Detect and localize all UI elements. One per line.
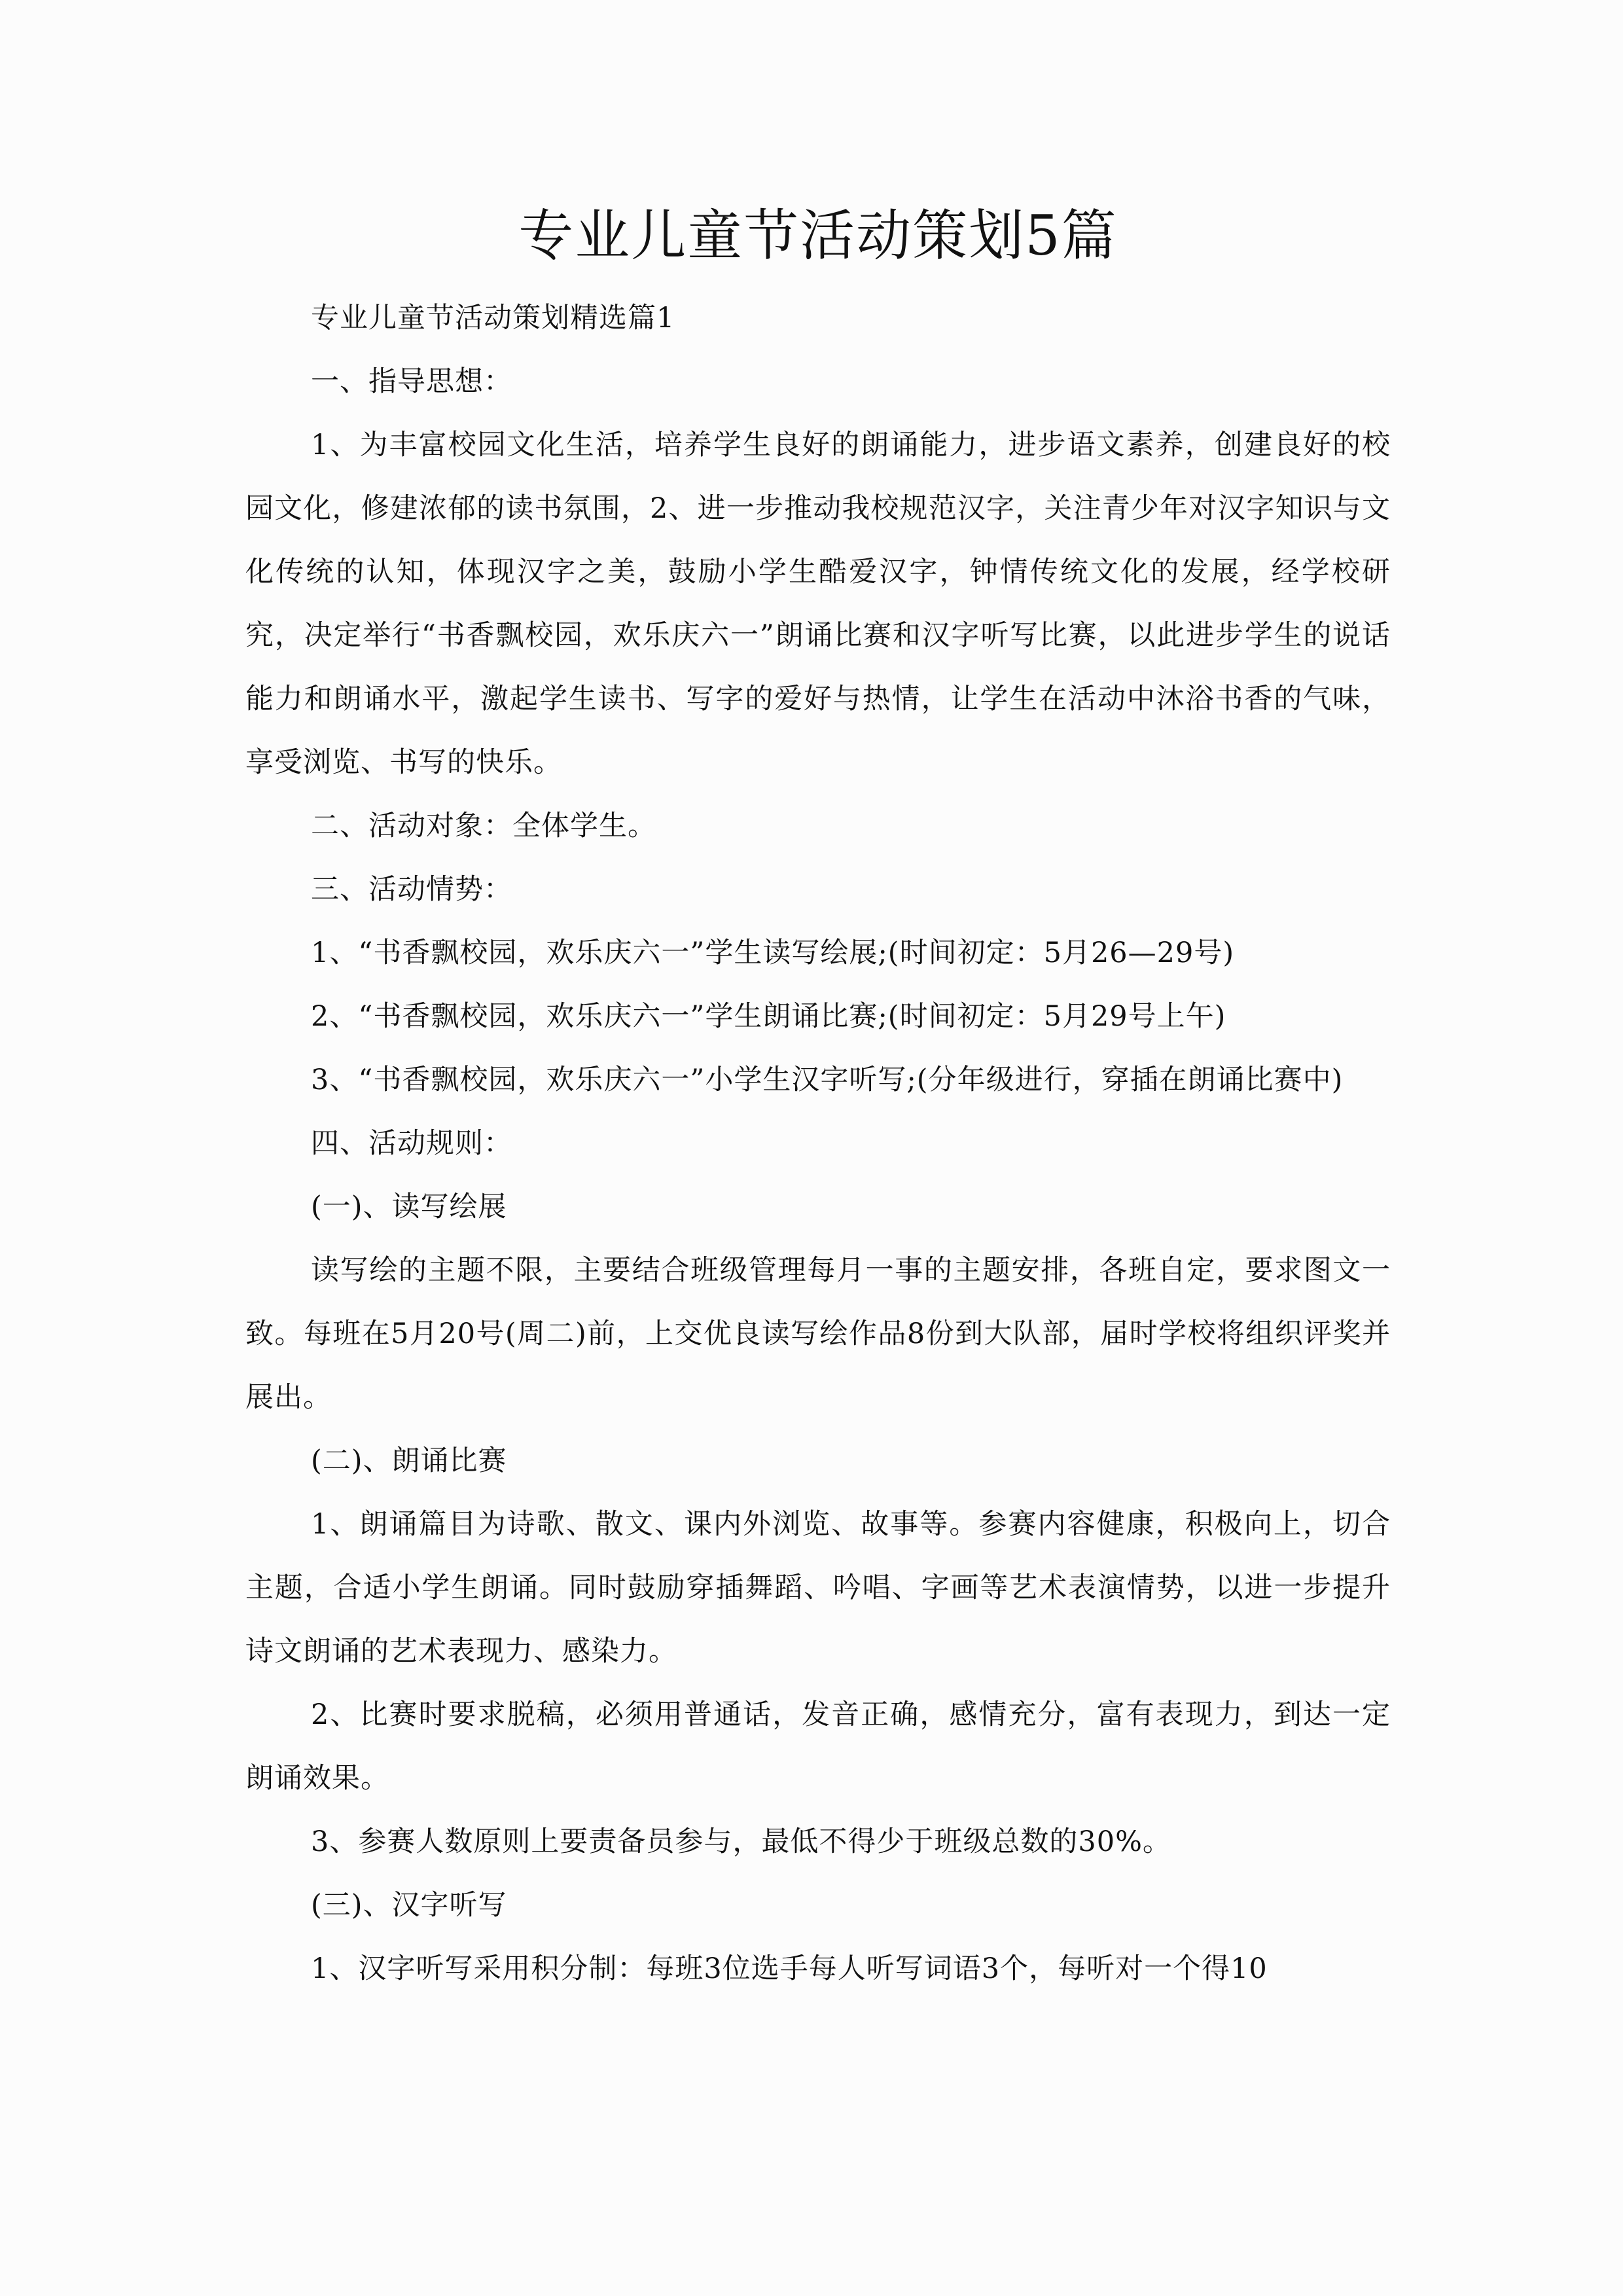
- recitation-rule-1: 1、朗诵篇目为诗歌、散文、课内外浏览、故事等。参赛内容健康，积极向上，切合主题，…: [245, 1493, 1391, 1683]
- subheading-dictation: (三)、汉字听写: [245, 1874, 1391, 1937]
- format-item-3: 3、“书香飘校园，欢乐庆六一”小学生汉字听写;(分年级进行，穿插在朗诵比赛中): [245, 1049, 1391, 1112]
- document-body: 专业儿童节活动策划精选篇1 一、指导思想： 1、为丰富校园文化生活，培养学生良好…: [245, 287, 1391, 2001]
- recitation-rule-3: 3、参赛人数原则上要责备员参与，最低不得少于班级总数的30%。: [245, 1810, 1391, 1874]
- heading-activity-rules: 四、活动规则：: [245, 1112, 1391, 1175]
- recitation-rule-2: 2、比赛时要求脱稿，必须用普通话，发音正确，感情充分，富有表现力，到达一定朗诵效…: [245, 1683, 1391, 1810]
- paragraph-reading-drawing: 读写绘的主题不限，主要结合班级管理每月一事的主题安排，各班自定，要求图文一致。每…: [245, 1239, 1391, 1429]
- section-subtitle: 专业儿童节活动策划精选篇1: [245, 287, 1391, 350]
- subheading-recitation: (二)、朗诵比赛: [245, 1429, 1391, 1493]
- format-item-2: 2、“书香飘校园，欢乐庆六一”学生朗诵比赛;(时间初定：5月29号上午): [245, 985, 1391, 1049]
- heading-guiding-idea: 一、指导思想：: [245, 350, 1391, 414]
- format-item-1: 1、“书香飘校园，欢乐庆六一”学生读写绘展;(时间初定：5月26—29号): [245, 922, 1391, 985]
- paragraph-guiding-idea: 1、为丰富校园文化生活，培养学生良好的朗诵能力，进步语文素养，创建良好的校园文化…: [245, 414, 1391, 795]
- dictation-rule-1: 1、汉字听写采用积分制：每班3位选手每人听写词语3个，每听对一个得10: [245, 1937, 1391, 2001]
- heading-activity-target: 二、活动对象：全体学生。: [245, 795, 1391, 858]
- subheading-reading-drawing: (一)、读写绘展: [245, 1175, 1391, 1239]
- heading-activity-format: 三、活动情势：: [245, 858, 1391, 922]
- document-title: 专业儿童节活动策划5篇: [245, 196, 1391, 275]
